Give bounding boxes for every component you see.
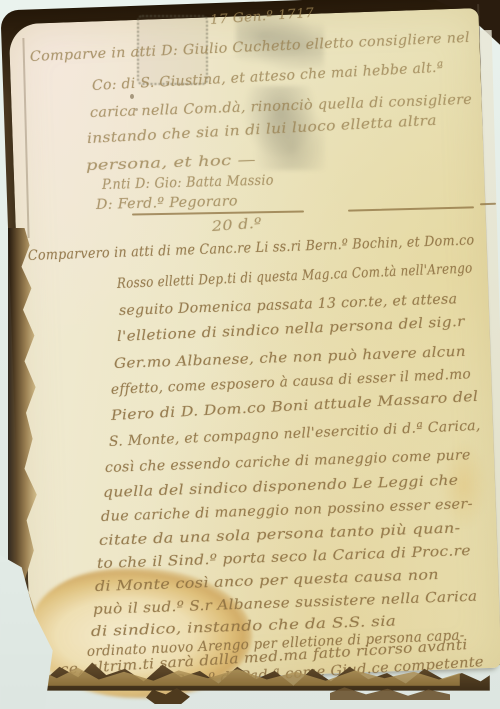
manuscript-line: Ger.mo Albanese, che non può havere alcu… bbox=[114, 344, 466, 372]
manuscript-line: seguito Domenica passata 13 cor.te, et a… bbox=[119, 291, 458, 319]
manuscript-scan: 17 Gen.º 1717Comparve in atti D: Giulio … bbox=[0, 0, 500, 709]
manuscript-line: Comparvero in atti di me Canc.re Li ss.r… bbox=[28, 232, 475, 264]
manuscript-line: due cariche di maneggio non possino esse… bbox=[101, 496, 473, 525]
manuscript-line: P.nti D: Gio: Batta Massio bbox=[102, 173, 274, 193]
manuscript-line: 17 Gen.º 1717 bbox=[209, 6, 314, 28]
manuscript-line: Co: di S. Giustina, et atteso che mai he… bbox=[92, 60, 445, 94]
manuscript-line: l'elletione di sindico nella persona del… bbox=[117, 314, 465, 345]
manuscript-line: 20 d.º bbox=[211, 216, 262, 235]
manuscript-line: quella del sindico disponendo Le Leggi c… bbox=[103, 473, 459, 501]
manuscript-line: Comparve in atti D: Giulio Cuchetto elle… bbox=[30, 30, 470, 65]
manuscript-line: Rosso elletti Dep.ti di questa Mag.ca Co… bbox=[117, 260, 473, 292]
handwriting-layer: 17 Gen.º 1717Comparve in atti D: Giulio … bbox=[0, 0, 500, 709]
manuscript-line: D: Ferd.º Pegoraro bbox=[96, 193, 238, 213]
manuscript-line: persona, et hoc — bbox=[86, 152, 256, 174]
manuscript-line: così che essendo cariche di maneggio com… bbox=[105, 447, 471, 476]
manuscript-line: S. Monte, et compagno nell'esercitio di … bbox=[109, 418, 481, 450]
